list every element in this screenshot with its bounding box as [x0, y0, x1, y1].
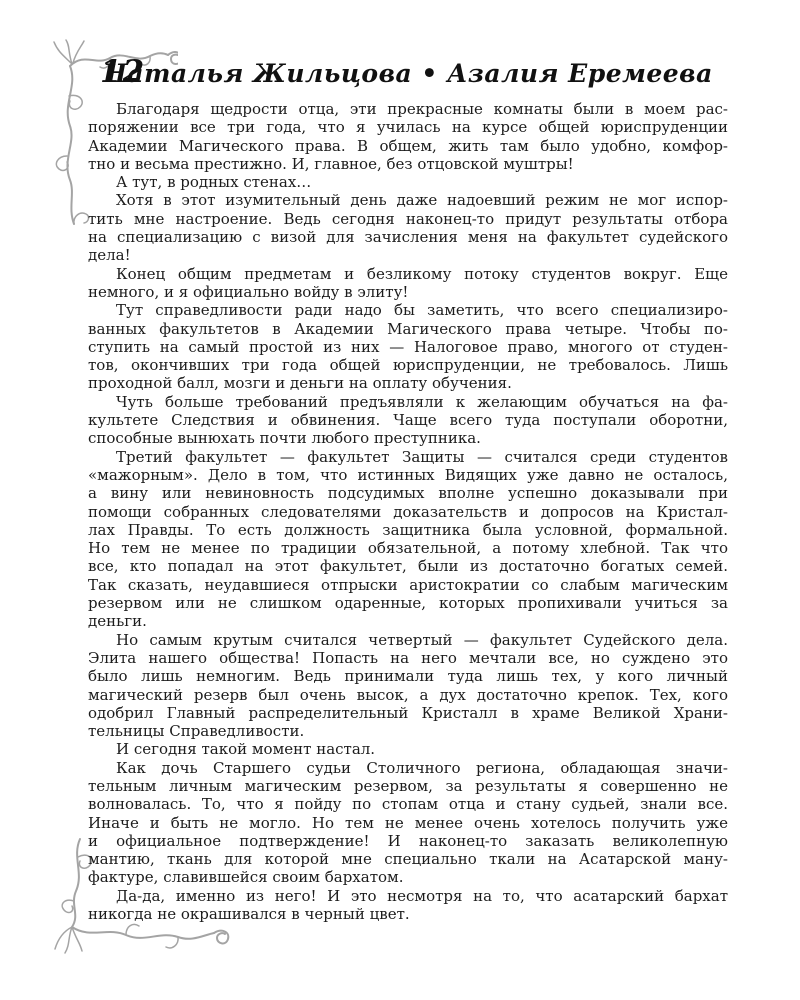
text-line: Иначе и быть не могло. Но тем не менее о…	[88, 814, 728, 832]
text-line: тельницы Справедливости.	[88, 722, 728, 740]
text-line: тельным личным магическим резервом, за р…	[88, 777, 728, 795]
text-line: «мажорным». Дело в том, что истинных Вид…	[88, 466, 728, 484]
text-line: а вину или невиновность подсудимых вполн…	[88, 484, 728, 502]
text-line: проходной балл, мозги и деньги на оплату…	[88, 374, 728, 392]
text-line: магический резерв был очень высок, а дух…	[88, 686, 728, 704]
text-line: было лишь немногим. Ведь принимали туда …	[88, 667, 728, 685]
text-line: Да-да, именно из него! И это несмотря на…	[88, 887, 728, 905]
book-page: 12 Наталья Жильцова • Азалия Еремеева Бл…	[0, 0, 800, 1000]
text-line: никогда не окрашивался в черный цвет.	[88, 905, 728, 923]
text-line: Элита нашего общества! Попасть на него м…	[88, 649, 728, 667]
text-line: Так сказать, неудавшиеся отпрыски аристо…	[88, 576, 728, 594]
text-line: Но самым крутым считался четвертый — фак…	[88, 631, 728, 649]
text-line: И сегодня такой момент настал.	[88, 740, 728, 758]
text-line: лах Правды. То есть должность защитника …	[88, 521, 728, 539]
running-head-authors: Наталья Жильцова • Азалия Еремеева	[88, 59, 728, 88]
text-line: способные вынюхать почти любого преступн…	[88, 429, 728, 447]
text-line: на специализацию с визой для зачисления …	[88, 228, 728, 246]
text-line: волновалась. То, что я пойду по стопам о…	[88, 795, 728, 813]
text-line: дела!	[88, 246, 728, 264]
text-line: Как дочь Старшего судьи Столичного регио…	[88, 759, 728, 777]
text-line: деньги.	[88, 612, 728, 630]
text-line: резервом или не слишком одаренные, котор…	[88, 594, 728, 612]
text-line: тить мне настроение. Ведь сегодня наконе…	[88, 210, 728, 228]
text-line: ванных факультетов в Академии Магическог…	[88, 320, 728, 338]
text-line: помощи собранных следователями доказател…	[88, 503, 728, 521]
text-line: мантию, ткань для которой мне специально…	[88, 850, 728, 868]
text-line: Третий факультет — факультет Защиты — сч…	[88, 448, 728, 466]
text-line: А тут, в родных стенах…	[88, 173, 728, 191]
text-line: фактуре, славившейся своим бархатом.	[88, 868, 728, 886]
text-line: Тут справедливости ради надо бы заметить…	[88, 301, 728, 319]
text-line: ступить на самый простой из них — Налого…	[88, 338, 728, 356]
text-line: поряжении все три года, что я училась на…	[88, 118, 728, 136]
text-line: Благодаря щедрости отца, эти прекрасные …	[88, 100, 728, 118]
text-line: Но тем не менее по традиции обязательной…	[88, 539, 728, 557]
text-line: тов, окончивших три года общей юриспруде…	[88, 356, 728, 374]
body-text: Благодаря щедрости отца, эти прекрасные …	[88, 100, 728, 923]
text-line: и официальное подтверждение! И наконец-т…	[88, 832, 728, 850]
text-line: немного, и я официально войду в элиту!	[88, 283, 728, 301]
text-line: культете Следствия и обвинения. Чаще все…	[88, 411, 728, 429]
text-line: все, кто попадал на этот факультет, были…	[88, 557, 728, 575]
text-line: Конец общим предметам и безликому потоку…	[88, 265, 728, 283]
text-line: одобрил Главный распределительный Криста…	[88, 704, 728, 722]
text-line: Чуть больше требований предъявляли к жел…	[88, 393, 728, 411]
text-line: Академии Магического права. В общем, жит…	[88, 137, 728, 155]
text-line: тно и весьма престижно. И, главное, без …	[88, 155, 728, 173]
text-line: Хотя в этот изумительный день даже надое…	[88, 191, 728, 209]
